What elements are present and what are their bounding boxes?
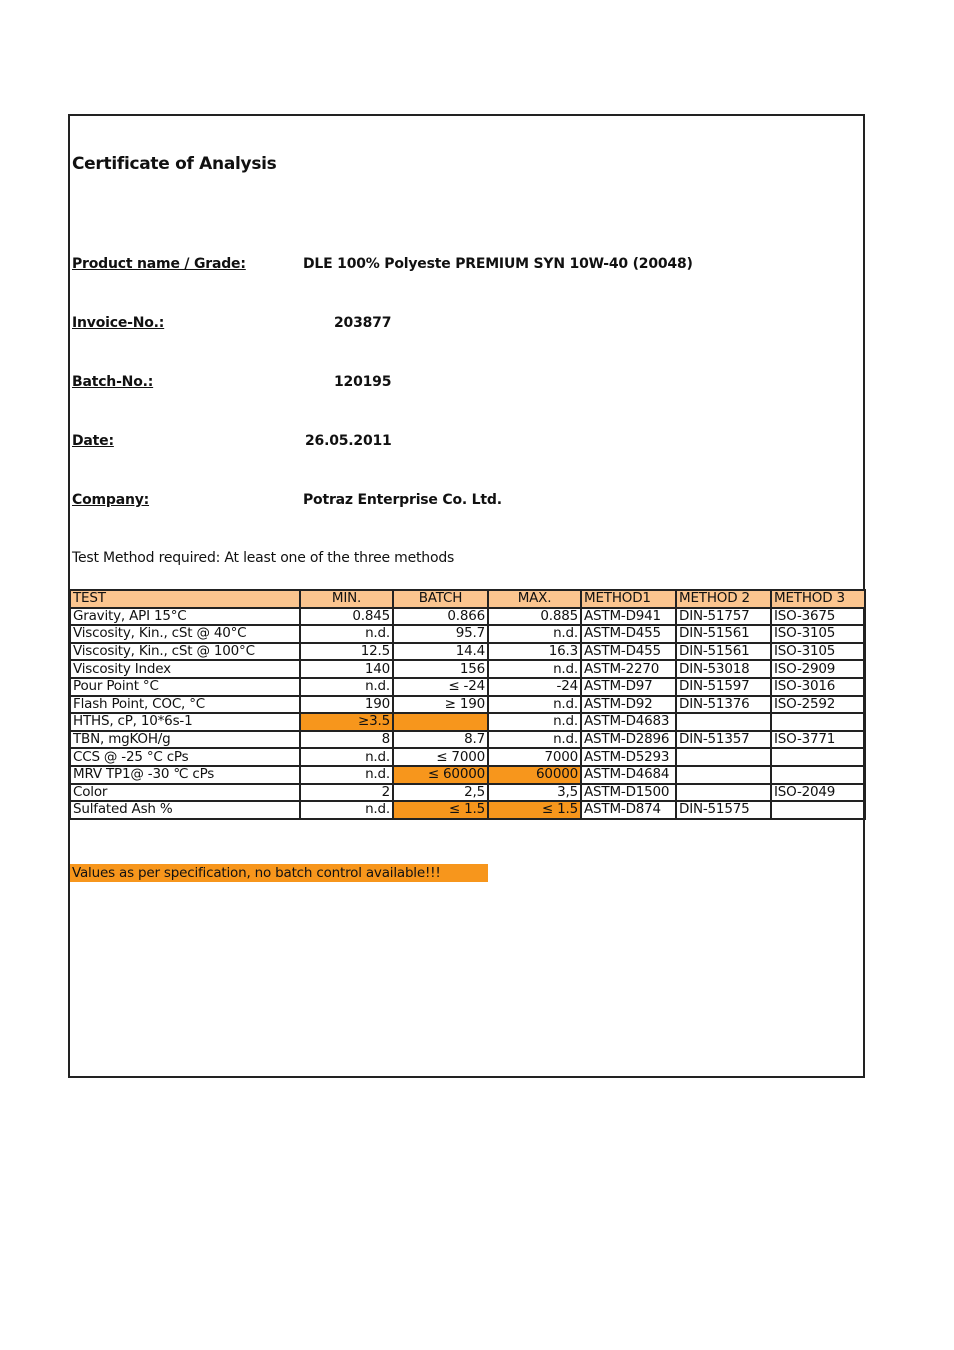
cell-min: n.d. [300, 748, 393, 766]
cell-max: n.d. [488, 713, 581, 731]
analysis-table: TESTMIN.BATCHMAX.METHOD1METHOD 2METHOD 3… [69, 589, 866, 820]
cell-m2 [676, 784, 771, 802]
cell-test: MRV TP1@ -30 ℃ cPs [70, 766, 300, 784]
table-row: HTHS, cP, 10*6s-1≥3.5n.d.ASTM-D4683 [70, 713, 865, 731]
cell-m2: DIN-51376 [676, 696, 771, 714]
cell-min: 140 [300, 660, 393, 678]
cell-min: ≥3.5 [300, 713, 393, 731]
column-header: METHOD1 [581, 590, 676, 608]
product-label: Product name / Grade: [72, 256, 246, 272]
table-row: Pour Point °Cn.d.≤ -24-24ASTM-D97DIN-515… [70, 678, 865, 696]
cell-max: 0.885 [488, 608, 581, 626]
cell-m1: ASTM-D4684 [581, 766, 676, 784]
cell-max: n.d. [488, 696, 581, 714]
invoice-label: Invoice-No.: [72, 315, 164, 331]
cell-m2: DIN-51757 [676, 608, 771, 626]
cell-m3: ISO-3105 [771, 643, 865, 661]
cell-batch: 8.7 [393, 731, 488, 749]
cell-m3: ISO-3016 [771, 678, 865, 696]
cell-test: Flash Point, COC, °C [70, 696, 300, 714]
cell-m3: ISO-2592 [771, 696, 865, 714]
table-row: Viscosity, Kin., cSt @ 100°C12.514.416.3… [70, 643, 865, 661]
cell-min: 8 [300, 731, 393, 749]
cell-batch: ≥ 190 [393, 696, 488, 714]
cell-batch: 95.7 [393, 625, 488, 643]
cell-m3 [771, 801, 865, 819]
cell-m2: DIN-51561 [676, 625, 771, 643]
table-row: TBN, mgKOH/g88.7n.d.ASTM-D2896DIN-51357I… [70, 731, 865, 749]
cell-test: Sulfated Ash % [70, 801, 300, 819]
cell-m3 [771, 713, 865, 731]
cell-test: Pour Point °C [70, 678, 300, 696]
cell-max: ≤ 1.5 [488, 801, 581, 819]
cell-max: 7000 [488, 748, 581, 766]
cell-m3 [771, 748, 865, 766]
cell-m2 [676, 766, 771, 784]
cell-max: 16.3 [488, 643, 581, 661]
cell-m1: ASTM-D4683 [581, 713, 676, 731]
cell-m2: DIN-53018 [676, 660, 771, 678]
cell-m2: DIN-51597 [676, 678, 771, 696]
cell-test: CCS @ -25 °C cPs [70, 748, 300, 766]
cell-test: HTHS, cP, 10*6s-1 [70, 713, 300, 731]
cell-min: n.d. [300, 801, 393, 819]
cell-test: Viscosity, Kin., cSt @ 100°C [70, 643, 300, 661]
column-header: METHOD 3 [771, 590, 865, 608]
date-value: 26.05.2011 [305, 433, 392, 449]
table-row: Flash Point, COC, °C190≥ 190n.d.ASTM-D92… [70, 696, 865, 714]
cell-min: n.d. [300, 625, 393, 643]
date-label: Date: [72, 433, 114, 449]
cell-max: -24 [488, 678, 581, 696]
cell-m3: ISO-3771 [771, 731, 865, 749]
cell-m1: ASTM-D5293 [581, 748, 676, 766]
cell-min: 2 [300, 784, 393, 802]
cell-m3: ISO-2909 [771, 660, 865, 678]
cell-batch: 156 [393, 660, 488, 678]
cell-m1: ASTM-2270 [581, 660, 676, 678]
cell-m1: ASTM-D941 [581, 608, 676, 626]
cell-m1: ASTM-D874 [581, 801, 676, 819]
table-row: Sulfated Ash %n.d.≤ 1.5≤ 1.5ASTM-D874DIN… [70, 801, 865, 819]
cell-m2 [676, 748, 771, 766]
cell-max: n.d. [488, 625, 581, 643]
cell-test: Color [70, 784, 300, 802]
warning-banner: Values as per specification, no batch co… [70, 864, 488, 882]
test-method-note: Test Method required: At least one of th… [72, 550, 454, 566]
cell-m1: ASTM-D2896 [581, 731, 676, 749]
cell-batch: 0.866 [393, 608, 488, 626]
cell-batch: ≤ -24 [393, 678, 488, 696]
column-header: MAX. [488, 590, 581, 608]
table-row: Viscosity Index140156n.d.ASTM-2270DIN-53… [70, 660, 865, 678]
cell-min: n.d. [300, 766, 393, 784]
cell-batch: ≤ 7000 [393, 748, 488, 766]
cell-min: 0.845 [300, 608, 393, 626]
cell-test: Gravity, API 15°C [70, 608, 300, 626]
cell-batch: ≤ 60000 [393, 766, 488, 784]
batch-label: Batch-No.: [72, 374, 153, 390]
cell-max: 60000 [488, 766, 581, 784]
cell-m2 [676, 713, 771, 731]
cell-min: n.d. [300, 678, 393, 696]
cell-m1: ASTM-D92 [581, 696, 676, 714]
cell-max: n.d. [488, 660, 581, 678]
table-row: MRV TP1@ -30 ℃ cPsn.d.≤ 6000060000ASTM-D… [70, 766, 865, 784]
column-header: METHOD 2 [676, 590, 771, 608]
cell-m1: ASTM-D97 [581, 678, 676, 696]
cell-m3: ISO-3105 [771, 625, 865, 643]
cell-m1: ASTM-D1500 [581, 784, 676, 802]
table-row: Gravity, API 15°C0.8450.8660.885ASTM-D94… [70, 608, 865, 626]
cell-m2: DIN-51561 [676, 643, 771, 661]
cell-max: 3,5 [488, 784, 581, 802]
cell-m2: DIN-51357 [676, 731, 771, 749]
table-row: Viscosity, Kin., cSt @ 40°Cn.d.95.7n.d.A… [70, 625, 865, 643]
invoice-value: 203877 [334, 315, 391, 331]
cell-m3: ISO-3675 [771, 608, 865, 626]
cell-test: Viscosity, Kin., cSt @ 40°C [70, 625, 300, 643]
company-label: Company: [72, 492, 149, 508]
cell-m3 [771, 766, 865, 784]
cell-m1: ASTM-D455 [581, 625, 676, 643]
page-title: Certificate of Analysis [72, 154, 277, 174]
product-value: DLE 100% Polyeste PREMIUM SYN 10W-40 (20… [303, 256, 693, 272]
company-value: Potraz Enterprise Co. Ltd. [303, 492, 502, 508]
cell-batch [393, 713, 488, 731]
cell-m3: ISO-2049 [771, 784, 865, 802]
cell-min: 12.5 [300, 643, 393, 661]
table-row: Color22,53,5ASTM-D1500ISO-2049 [70, 784, 865, 802]
cell-m1: ASTM-D455 [581, 643, 676, 661]
cell-test: Viscosity Index [70, 660, 300, 678]
cell-batch: ≤ 1.5 [393, 801, 488, 819]
cell-max: n.d. [488, 731, 581, 749]
batch-value: 120195 [334, 374, 391, 390]
column-header: TEST [70, 590, 300, 608]
cell-test: TBN, mgKOH/g [70, 731, 300, 749]
cell-m2: DIN-51575 [676, 801, 771, 819]
column-header: MIN. [300, 590, 393, 608]
cell-min: 190 [300, 696, 393, 714]
table-header-row: TESTMIN.BATCHMAX.METHOD1METHOD 2METHOD 3 [70, 590, 865, 608]
table-row: CCS @ -25 °C cPsn.d.≤ 70007000ASTM-D5293 [70, 748, 865, 766]
column-header: BATCH [393, 590, 488, 608]
cell-batch: 2,5 [393, 784, 488, 802]
cell-batch: 14.4 [393, 643, 488, 661]
